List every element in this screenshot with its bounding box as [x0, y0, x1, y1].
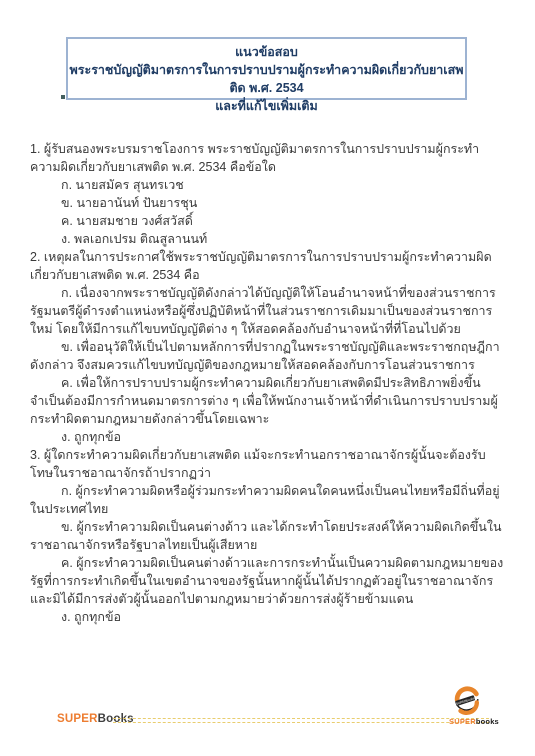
answer-option: ง. พลเอกเปรม ติณสูลานนท์: [30, 230, 508, 248]
exam-document-page: แนวข้อสอบ พระราชบัญญัติมาตรการในการปราบป…: [0, 0, 535, 756]
footer-dashed-divider: [113, 718, 489, 723]
exam-header-box: แนวข้อสอบ พระราชบัญญัติมาตรการในการปราบป…: [66, 37, 467, 100]
answer-option: ข. เพื่ออนุวัติให้เป็นไปตามหลักการที่ปรา…: [30, 338, 508, 374]
superbooks-logo: SUPERbooks SUPERbooks: [449, 686, 513, 726]
header-act-title: พระราชบัญญัติมาตรการในการปราบปรามผู้กระท…: [68, 61, 465, 97]
logo-books-text: books: [476, 717, 499, 726]
answer-option: ค. นายสมชาย วงศ์สวัสดิ์: [30, 212, 508, 230]
answer-option: ค. ผู้กระทำความผิดเป็นคนต่างด้าวและการกร…: [30, 554, 508, 608]
header-title: แนวข้อสอบ: [68, 43, 465, 61]
answer-option: ก. ผู้กระทำความผิดหรือผู้ร่วมกระทำความผิ…: [30, 482, 508, 518]
anchor-marker: [61, 95, 65, 99]
answer-option: ก. นายสมัคร สุนทรเวช: [30, 176, 508, 194]
question-text: 2. เหตุผลในการประกาศใช้พระราชบัญญัติมาตร…: [30, 248, 508, 284]
swoosh-logo-icon: SUPERbooks: [452, 686, 482, 716]
answer-option: ค. เพื่อให้การปราบปรามผู้กระทำความผิดเกี…: [30, 374, 508, 428]
answer-option: ข. นายอานันท์ ปันยารชุน: [30, 194, 508, 212]
logo-super-text: SUPER: [449, 717, 476, 726]
brand-super-text: SUPER: [57, 713, 98, 725]
exam-body: 1. ผู้รับสนองพระบรมราชโองการ พระราชบัญญั…: [30, 140, 508, 626]
answer-option: ก. เนื่องจากพระราชบัญญัติดังกล่าวได้บัญญ…: [30, 284, 508, 338]
header-amendment-note: และที่แก้ไขเพิ่มเติม: [68, 97, 465, 115]
logo-wordmark: SUPERbooks: [449, 717, 513, 726]
answer-option: ง. ถูกทุกข้อ: [30, 608, 508, 626]
question-text: 1. ผู้รับสนองพระบรมราชโองการ พระราชบัญญั…: [30, 140, 508, 176]
answer-option: ง. ถูกทุกข้อ: [30, 428, 508, 446]
answer-option: ข. ผู้กระทำความผิดเป็นคนต่างด้าว และได้ก…: [30, 518, 508, 554]
question-text: 3. ผู้ใดกระทำความผิดเกี่ยวกับยาเสพติด แม…: [30, 446, 508, 482]
